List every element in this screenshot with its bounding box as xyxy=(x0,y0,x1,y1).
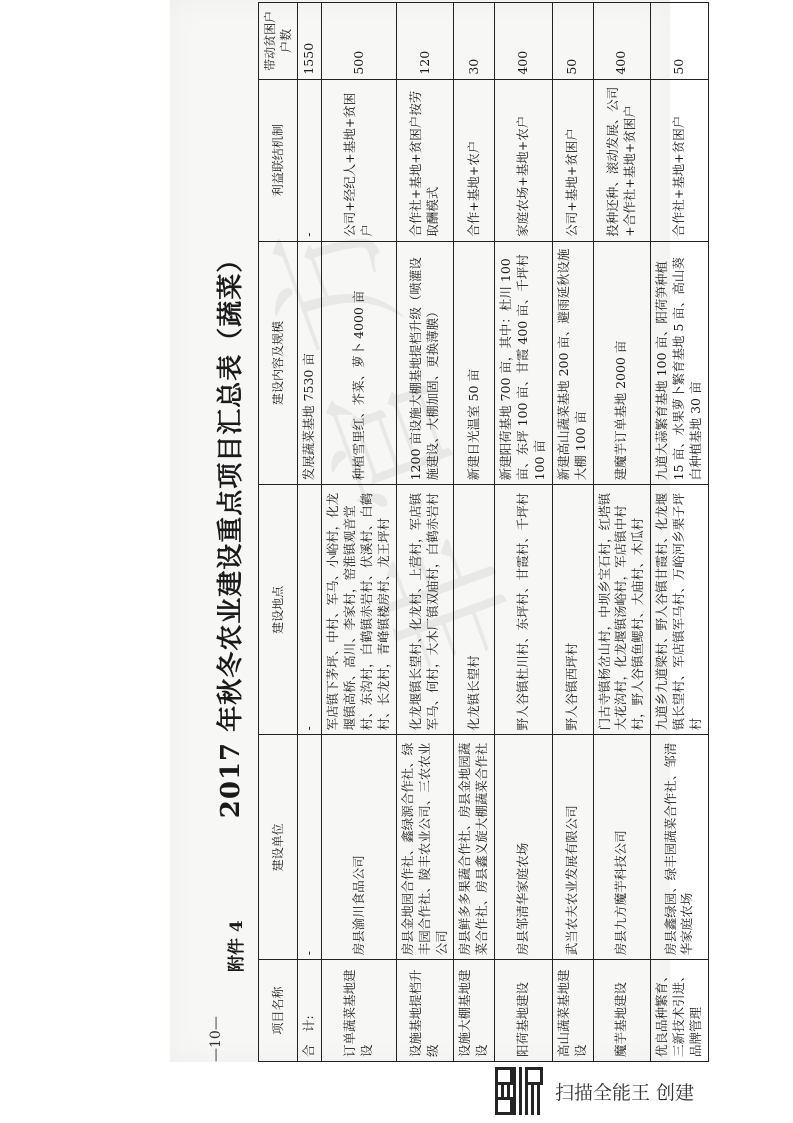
cell-construction-unit: 房县鲜多多果蔬合作社、房县金地园蔬菜合作社、房县鑫义旋大棚蔬菜合作社 xyxy=(454,735,495,960)
cell-benefit-mechanism: 家庭农场+基地+农户 xyxy=(495,79,553,241)
cell-construction-unit: 房县渝川食品公司 xyxy=(322,735,397,960)
header-households: 带动贫困户户数 xyxy=(259,3,298,80)
cell-construction-unit: 武当农夫农业发展有限公司 xyxy=(552,735,593,960)
cell-location: 野人谷镇杜川村、东坪村、甘霞村、千坪村 xyxy=(495,485,553,735)
cell-benefit-mechanism: 合作社+基地+贫困户 xyxy=(651,79,709,241)
table-row: 合 计:--发展蔬菜基地 7530 亩-1550 xyxy=(298,3,322,1062)
project-summary-table: 项目名称 建设单位 建设地点 建设内容及规模 利益联结机制 带动贫困户户数 合 … xyxy=(258,2,709,1062)
cell-construction-unit: - xyxy=(298,735,322,960)
table-row: 高山蔬菜基地建设武当农夫农业发展有限公司野人谷镇西坪村新建高山蔬菜基地 200 … xyxy=(552,3,593,1062)
attachment-label: 附件 4 xyxy=(222,920,247,972)
scanner-footer: 扫描全能王 创建 xyxy=(495,1067,694,1115)
cell-households: 400 xyxy=(593,3,651,80)
header-project-name: 项目名称 xyxy=(259,960,298,1062)
cell-benefit-mechanism: 合作+基地+农户 xyxy=(454,79,495,241)
table-row: 优良品种繁育、三新技术引进、品牌管理房县鑫绿园、绿丰园蔬菜合作社、邹清华家庭农场… xyxy=(651,3,709,1062)
header-location: 建设地点 xyxy=(259,485,298,735)
cell-construction-unit: 房县九方魔芋科技公司 xyxy=(593,735,651,960)
page-number: —10— xyxy=(208,1016,224,1062)
cell-project-name: 优良品种繁育、三新技术引进、品牌管理 xyxy=(651,960,709,1062)
header-benefit-mechanism: 利益联结机制 xyxy=(259,79,298,241)
cell-benefit-mechanism: - xyxy=(298,79,322,241)
header-construction-unit: 建设单位 xyxy=(259,735,298,960)
header-content-scale: 建设内容及规模 xyxy=(259,241,298,485)
cell-households: 50 xyxy=(552,3,593,80)
cell-location: 门古寺镇杨岔山村，中坝乡宝石村，红塔镇大花沟村，化龙堰镇汤峪村，军店镇中村村，野… xyxy=(593,485,651,735)
cell-construction-unit: 房县邹清华家庭农场 xyxy=(495,735,553,960)
table-row: 设施大棚基地建设房县鲜多多果蔬合作社、房县金地园蔬菜合作社、房县鑫义旋大棚蔬菜合… xyxy=(454,3,495,1062)
cell-content-scale: 九道大蒜繁育基地 100 亩、阳荷笋种植 15 亩、水果萝卜繁育基地 5 亩、高… xyxy=(651,241,709,485)
cell-households: 500 xyxy=(322,3,397,80)
table-header-row: 项目名称 建设单位 建设地点 建设内容及规模 利益联结机制 带动贫困户户数 xyxy=(259,3,298,1062)
cell-project-name: 魔芋基地建设 xyxy=(593,960,651,1062)
cell-benefit-mechanism: 投种还种、滚动发展、公司+合作社+基地+贫困户 xyxy=(593,79,651,241)
cell-location: 军店镇下茅坪、中村、军马、小峪村，化龙堰镇高桥、高川、李家村，窑淮镇观音堂村、东… xyxy=(322,485,397,735)
cell-location: 化龙堰镇长望村、化龙村、上营村，军店镇军马、何村，大木厂镇双庙村，白鹤赤岩村 xyxy=(396,485,454,735)
cell-households: 1550 xyxy=(298,3,322,80)
cell-project-name: 设施基地提档升级 xyxy=(396,960,454,1062)
cell-benefit-mechanism: 公司+基地+贫困户 xyxy=(552,79,593,241)
cell-project-name: 阳荷基地建设 xyxy=(495,960,553,1062)
cell-location: 九道乡九道梁村、野人谷镇甘霞村、化龙堰镇长望村、军店镇军马村、万峪河乡栗子坪村 xyxy=(651,485,709,735)
table-row: 设施基地提档升级房县金地园合作社、鑫绿源合作社、绿丰园合作社、陵丰农业公司、三农… xyxy=(396,3,454,1062)
cell-content-scale: 新建阳荷基地 700 亩，其中：杜川 100 亩、东坪 100 亩、甘霞 400… xyxy=(495,241,553,485)
cell-households: 50 xyxy=(651,3,709,80)
cell-content-scale: 新建高山蔬菜基地 200 亩、避雨延秋设施大棚 100 亩 xyxy=(552,241,593,485)
cell-content-scale: 新建日光温室 50 亩 xyxy=(454,241,495,485)
table-row: 订单蔬菜基地建设房县渝川食品公司军店镇下茅坪、中村、军马、小峪村，化龙堰镇高桥、… xyxy=(322,3,397,1062)
rotated-document-page: —10— 附件 4 2017 年秋冬农业建设重点项目汇总表（蔬菜） 非官方 项目… xyxy=(200,2,670,1062)
table-row: 魔芋基地建设房县九方魔芋科技公司门古寺镇杨岔山村，中坝乡宝石村，红塔镇大花沟村，… xyxy=(593,3,651,1062)
cell-benefit-mechanism: 合作社+基地+贫困户按劳取酬模式 xyxy=(396,79,454,241)
cell-content-scale: 1200 亩设施大棚基地提档升级（喷灌设施建设、大棚加固、更换薄膜） xyxy=(396,241,454,485)
cell-location: - xyxy=(298,485,322,735)
cell-benefit-mechanism: 公司+经纪人+基地+贫困户 xyxy=(322,79,397,241)
cell-content-scale: 种植雪里红、芥菜、萝卜 4000 亩 xyxy=(322,241,397,485)
cell-project-name: 高山蔬菜基地建设 xyxy=(552,960,593,1062)
cell-construction-unit: 房县金地园合作社、鑫绿源合作社、绿丰园合作社、陵丰农业公司、三农农业公司 xyxy=(396,735,454,960)
cell-households: 30 xyxy=(454,3,495,80)
cell-households: 120 xyxy=(396,3,454,80)
cell-project-name: 合 计: xyxy=(298,960,322,1062)
cell-location: 野人谷镇西坪村 xyxy=(552,485,593,735)
cell-construction-unit: 房县鑫绿园、绿丰园蔬菜合作社、邹清华家庭农场 xyxy=(651,735,709,960)
document-title: 2017 年秋冬农业建设重点项目汇总表（蔬菜） xyxy=(210,182,247,882)
cell-households: 400 xyxy=(495,3,553,80)
qr-code-icon xyxy=(495,1067,543,1115)
cell-content-scale: 发展蔬菜基地 7530 亩 xyxy=(298,241,322,485)
cell-location: 化龙镇长望村 xyxy=(454,485,495,735)
cell-content-scale: 建魔芋订单基地 2000 亩 xyxy=(593,241,651,485)
cell-project-name: 订单蔬菜基地建设 xyxy=(322,960,397,1062)
table-body: 合 计:--发展蔬菜基地 7530 亩-1550订单蔬菜基地建设房县渝川食品公司… xyxy=(298,3,708,1062)
scanner-credit-text: 扫描全能王 创建 xyxy=(555,1078,694,1105)
cell-project-name: 设施大棚基地建设 xyxy=(454,960,495,1062)
table-row: 阳荷基地建设房县邹清华家庭农场野人谷镇杜川村、东坪村、甘霞村、千坪村新建阳荷基地… xyxy=(495,3,553,1062)
